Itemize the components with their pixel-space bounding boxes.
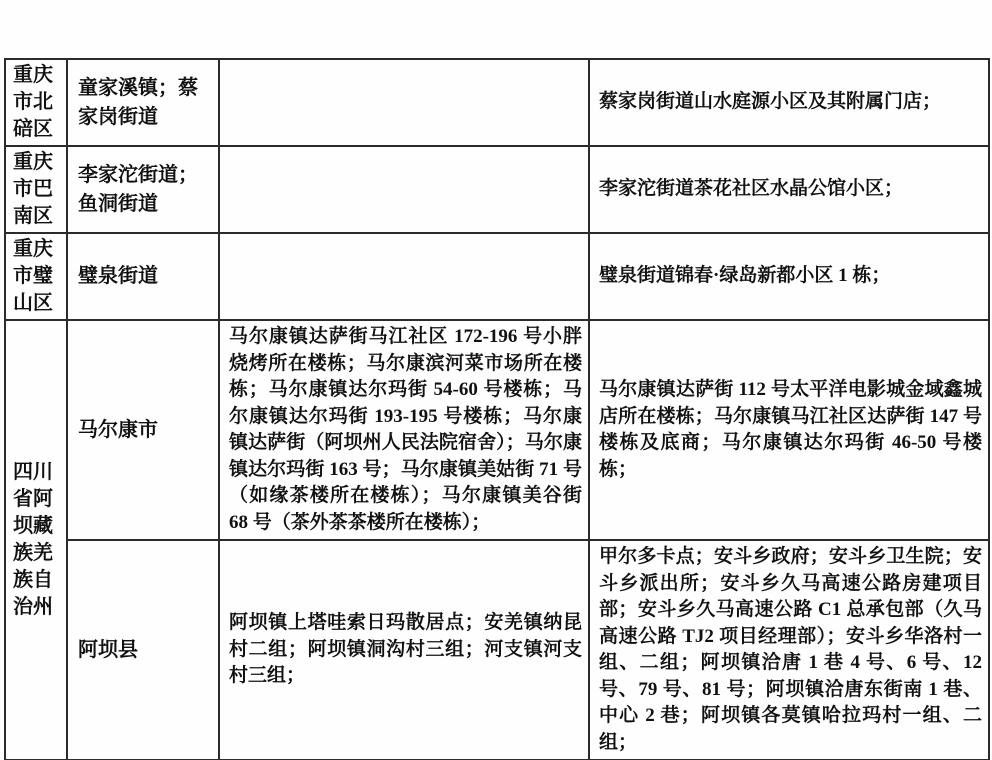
region-cell: 重庆市北碚区 bbox=[5, 59, 67, 146]
detail-cell-left bbox=[219, 233, 589, 320]
detail-cell-right: 李家沱街道茶花社区水晶公馆小区； bbox=[589, 146, 989, 233]
detail-cell-right: 马尔康镇达萨街 112 号太平洋电影城金域鑫城店所在楼栋；马尔康镇马江社区达萨街… bbox=[589, 320, 989, 540]
table-row: 重庆市璧山区 璧泉街道 璧泉街道锦春·绿岛新都小区 1 栋； bbox=[5, 233, 989, 320]
document-page: 重庆市北碚区 童家溪镇；蔡家岗街道 蔡家岗街道山水庭源小区及其附属门店； 重庆市… bbox=[0, 0, 992, 760]
region-cell: 重庆市璧山区 bbox=[5, 233, 67, 320]
subregion-cell: 璧泉街道 bbox=[67, 233, 219, 320]
detail-cell-left bbox=[219, 59, 589, 146]
detail-cell-right: 甲尔多卡点；安斗乡政府；安斗乡卫生院；安斗乡派出所；安斗乡久马高速公路房建项目部… bbox=[589, 540, 989, 760]
region-cell-merged: 四川省阿坝藏族羌族自治州 bbox=[5, 320, 67, 760]
subregion-cell: 李家沱街道；鱼洞街道 bbox=[67, 146, 219, 233]
table-row: 重庆市巴南区 李家沱街道；鱼洞街道 李家沱街道茶花社区水晶公馆小区； bbox=[5, 146, 989, 233]
risk-area-table: 重庆市北碚区 童家溪镇；蔡家岗街道 蔡家岗街道山水庭源小区及其附属门店； 重庆市… bbox=[4, 58, 990, 760]
detail-cell-right: 蔡家岗街道山水庭源小区及其附属门店； bbox=[589, 59, 989, 146]
table-row: 四川省阿坝藏族羌族自治州 马尔康市 马尔康镇达萨街马江社区 172-196 号小… bbox=[5, 320, 989, 540]
detail-cell-right: 璧泉街道锦春·绿岛新都小区 1 栋； bbox=[589, 233, 989, 320]
region-cell: 重庆市巴南区 bbox=[5, 146, 67, 233]
subregion-cell: 童家溪镇；蔡家岗街道 bbox=[67, 59, 219, 146]
detail-cell-left: 阿坝镇上塔哇索日玛散居点；安羌镇纳昆村二组；阿坝镇洞沟村三组；河支镇河支村三组； bbox=[219, 540, 589, 760]
detail-cell-left bbox=[219, 146, 589, 233]
subregion-cell: 阿坝县 bbox=[67, 540, 219, 760]
table-row: 阿坝县 阿坝镇上塔哇索日玛散居点；安羌镇纳昆村二组；阿坝镇洞沟村三组；河支镇河支… bbox=[5, 540, 989, 760]
detail-cell-left: 马尔康镇达萨街马江社区 172-196 号小胖烧烤所在楼栋；马尔康滨河菜市场所在… bbox=[219, 320, 589, 540]
table-row: 重庆市北碚区 童家溪镇；蔡家岗街道 蔡家岗街道山水庭源小区及其附属门店； bbox=[5, 59, 989, 146]
subregion-cell: 马尔康市 bbox=[67, 320, 219, 540]
